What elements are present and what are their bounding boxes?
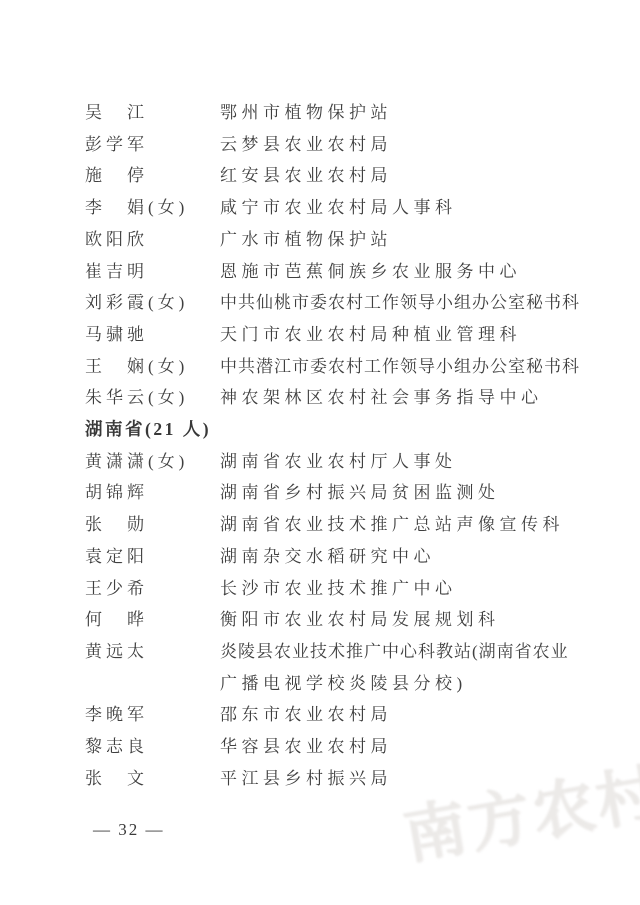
person-name: 彭学军 xyxy=(85,129,220,161)
table-row: 施 停 红安县农业农村局 xyxy=(85,160,640,192)
person-name: 何 晔 xyxy=(85,604,220,636)
person-org: 邵东市农业农村局 xyxy=(220,699,392,731)
table-row: 张 勋 湖南省农业技术推广总站声像宣传科 xyxy=(85,509,640,541)
person-org: 炎陵县农业技术推广中心科教站(湖南省农业 广播电视学校炎陵县分校) xyxy=(220,636,569,699)
table-row: 朱华云(女) 神农架林区农村社会事务指导中心 xyxy=(85,382,640,414)
person-name: 朱华云(女) xyxy=(85,382,220,414)
document-page: 吴 江 鄂州市植物保护站 彭学军 云梦县农业农村局 施 停 红安县农业农村局 李… xyxy=(0,0,640,794)
table-row: 欧阳欣 广水市植物保护站 xyxy=(85,224,640,256)
table-row: 黄潇潇(女) 湖南省农业农村厅人事处 xyxy=(85,446,640,478)
person-name: 李 娟(女) xyxy=(85,192,220,224)
table-row: 李晚军 邵东市农业农村局 xyxy=(85,699,640,731)
person-org: 长沙市农业技术推广中心 xyxy=(220,573,457,605)
person-org: 中共潜江市委农村工作领导小组办公室秘书科 xyxy=(220,351,580,383)
table-row: 王 娴(女) 中共潜江市委农村工作领导小组办公室秘书科 xyxy=(85,351,640,383)
person-name: 马骕驰 xyxy=(85,319,220,351)
table-row: 袁定阳 湖南杂交水稻研究中心 xyxy=(85,541,640,573)
person-org: 湖南省乡村振兴局贫困监测处 xyxy=(220,477,500,509)
person-org: 神农架林区农村社会事务指导中心 xyxy=(220,382,543,414)
person-org: 中共仙桃市委农村工作领导小组办公室秘书科 xyxy=(220,287,580,319)
person-org: 湖南省农业技术推广总站声像宣传科 xyxy=(220,509,564,541)
section-heading-hunan: 湖南省(21 人) xyxy=(85,414,640,446)
section-heading-label: 湖南省(21 人) xyxy=(85,414,211,446)
person-name: 张 勋 xyxy=(85,509,220,541)
person-org: 云梦县农业农村局 xyxy=(220,129,392,161)
table-row: 马骕驰 天门市农业农村局种植业管理科 xyxy=(85,319,640,351)
table-row: 黄远太 炎陵县农业技术推广中心科教站(湖南省农业 广播电视学校炎陵县分校) xyxy=(85,636,640,699)
person-name: 刘彩霞(女) xyxy=(85,287,220,319)
person-org: 湖南省农业农村厅人事处 xyxy=(220,446,457,478)
person-name: 王 娴(女) xyxy=(85,351,220,383)
person-name: 张 文 xyxy=(85,763,220,795)
person-name: 李晚军 xyxy=(85,699,220,731)
person-name: 黄远太 xyxy=(85,636,220,668)
person-org: 咸宁市农业农村局人事科 xyxy=(220,192,457,224)
table-row: 何 晔 衡阳市农业农村局发展规划科 xyxy=(85,604,640,636)
table-row: 胡锦辉 湖南省乡村振兴局贫困监测处 xyxy=(85,477,640,509)
person-org: 华容县农业农村局 xyxy=(220,731,392,763)
person-org-line-1: 炎陵县农业技术推广中心科教站(湖南省农业 xyxy=(220,636,569,668)
person-org: 衡阳市农业农村局发展规划科 xyxy=(220,604,500,636)
person-name: 王少希 xyxy=(85,573,220,605)
table-row: 黎志良 华容县农业农村局 xyxy=(85,731,640,763)
table-row: 刘彩霞(女) 中共仙桃市委农村工作领导小组办公室秘书科 xyxy=(85,287,640,319)
table-row: 崔吉明 恩施市芭蕉侗族乡农业服务中心 xyxy=(85,256,640,288)
person-name: 吴 江 xyxy=(85,97,220,129)
table-row: 王少希 长沙市农业技术推广中心 xyxy=(85,573,640,605)
table-row: 彭学军 云梦县农业农村局 xyxy=(85,129,640,161)
person-name: 崔吉明 xyxy=(85,256,220,288)
person-org: 湖南杂交水稻研究中心 xyxy=(220,541,435,573)
person-name: 袁定阳 xyxy=(85,541,220,573)
person-org: 平江县乡村振兴局 xyxy=(220,763,392,795)
person-org: 鄂州市植物保护站 xyxy=(220,97,392,129)
person-name: 欧阳欣 xyxy=(85,224,220,256)
person-name: 黎志良 xyxy=(85,731,220,763)
person-org-line-2: 广播电视学校炎陵县分校) xyxy=(220,668,569,700)
person-org: 天门市农业农村局种植业管理科 xyxy=(220,319,521,351)
person-name: 黄潇潇(女) xyxy=(85,446,220,478)
page-number: — 32 — xyxy=(93,820,165,840)
person-org: 恩施市芭蕉侗族乡农业服务中心 xyxy=(220,256,521,288)
person-org: 广水市植物保护站 xyxy=(220,224,392,256)
person-org: 红安县农业农村局 xyxy=(220,160,392,192)
table-row: 吴 江 鄂州市植物保护站 xyxy=(85,97,640,129)
table-row: 李 娟(女) 咸宁市农业农村局人事科 xyxy=(85,192,640,224)
person-name: 胡锦辉 xyxy=(85,477,220,509)
table-row: 张 文 平江县乡村振兴局 xyxy=(85,763,640,795)
person-name: 施 停 xyxy=(85,160,220,192)
